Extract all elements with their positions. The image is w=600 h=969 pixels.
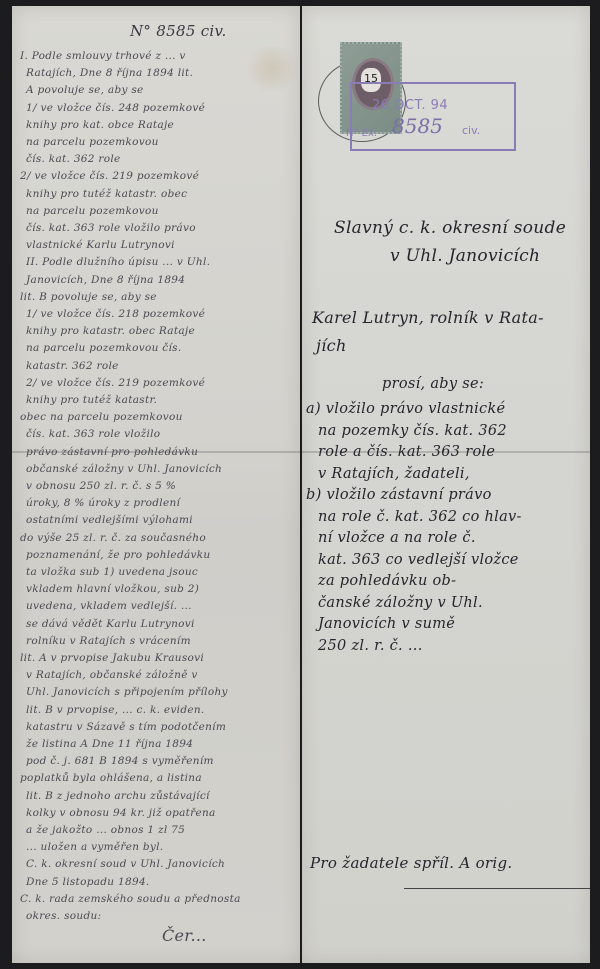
left-text-line: lit. A v prvopise Jakubu Krausovi (20, 652, 204, 664)
left-text-line: občanské záložny v Uhl. Janovicích (26, 463, 222, 475)
left-text-line: rolníku v Ratajích s vrácením (26, 635, 191, 647)
left-text-line: A povoluje se, aby se (26, 84, 144, 96)
request-text-line: Janovicích v sumě (318, 616, 455, 632)
request-text-line: na pozemky čís. kat. 362 (318, 423, 507, 439)
receipt-date: 26 OCT. 94 (372, 98, 448, 113)
left-text-line: čís. kat. 363 role vložilo právo (26, 222, 196, 234)
left-text-line: lit. B z jednoho archu zůstávající (26, 790, 210, 802)
left-text-line: čís. kat. 363 role vložilo (26, 428, 160, 440)
left-text-line: úroky, 8 % úroky z prodlení (26, 497, 180, 509)
left-text-line: I. Podle smlouvy trhové z ... v (20, 50, 186, 62)
left-text-line: pod č. j. 681 B 1894 s vyměřením (26, 755, 214, 767)
left-text-line: Uhl. Janovicích s připojením přílohy (26, 686, 228, 698)
left-text-line: obec na parcelu pozemkovou (20, 411, 183, 423)
left-text-line: Ratajích, Dne 8 října 1894 lit. (26, 67, 193, 79)
left-text-line: kolky v obnosu 94 kr. již opatřena (26, 807, 216, 819)
request-text-line: v Ratajích, žadateli, (318, 466, 470, 482)
addressee-line-2: v Uhl. Janovicích (390, 246, 540, 266)
request-heading: prosí, aby se: (382, 376, 484, 392)
left-text-line: knihy pro tutéž katastr. obec (26, 188, 187, 200)
left-text-line: na parcelu pozemkovou (26, 136, 159, 148)
closing-underline (404, 888, 590, 889)
request-text-line: ní vložce a na role č. (318, 530, 476, 546)
left-text-line: lit. B v prvopise, ... c. k. eviden. (26, 704, 205, 716)
left-text-line: C. k. rada zemského soudu a přednosta (20, 893, 241, 905)
left-text-line: že listina A Dne 11 října 1894 (26, 738, 193, 750)
left-text-line: na parcelu pozemkovou čís. (26, 342, 181, 354)
left-text-line: v Ratajích, občanské záložně v (26, 669, 198, 681)
left-text-line: právo zástavní pro pohledávku (26, 446, 198, 458)
signature: Čer... (162, 926, 207, 945)
left-text-line: ... uložen a vyměřen byl. (26, 841, 163, 853)
left-text-line: knihy pro tutéž katastr. (26, 394, 157, 406)
left-text-line: poznamenání, že pro pohledávku (26, 549, 211, 561)
receipt-number: 8585 (392, 114, 443, 138)
stain (242, 46, 302, 91)
left-text-line: čís. kat. 362 role (26, 153, 121, 165)
left-text-line: vkladem hlavní vložkou, sub 2) (26, 583, 199, 595)
receipt-stamp: 26 OCT. 94 N° Ex. 8585 civ. (350, 82, 516, 151)
left-text-line: knihy pro kat. obce Rataje (26, 119, 174, 131)
petitioner-line-2: jích (316, 336, 347, 355)
left-text-line: 2/ ve vložce čís. 219 pozemkové (26, 377, 205, 389)
left-text-line: katastru v Sázavě s tím podotčením (26, 721, 226, 733)
receipt-prefix: N° Ex. (346, 128, 377, 139)
left-text-line: 2/ ve vložce čís. 219 pozemkové (20, 170, 199, 182)
left-text-line: knihy pro katastr. obec Rataje (26, 325, 195, 337)
request-text-line: 250 zl. r. č. ... (318, 638, 423, 654)
left-text-line: uvedena, vkladem vedlejší. ... (26, 600, 192, 612)
left-text-line: na parcelu pozemkovou (26, 205, 159, 217)
request-text-line: a) vložilo právo vlastnické (306, 401, 505, 417)
left-text-line: 1/ ve vložce čís. 248 pozemkové (26, 102, 205, 114)
request-text-line: čanské záložny v Uhl. (318, 595, 483, 611)
left-text-line: a že jakožto ... obnos 1 zl 75 (26, 824, 185, 836)
left-text-line: ostatními vedlejšími výlohami (26, 514, 193, 526)
closing-line: Pro žadatele spříl. A orig. (310, 854, 512, 872)
left-text-line: vlastnické Karlu Lutrynovi (26, 239, 175, 251)
left-text-line: 1/ ve vložce čís. 218 pozemkové (26, 308, 205, 320)
left-text-line: katastr. 362 role (26, 360, 119, 372)
case-number: N° 8585 civ. (130, 22, 227, 40)
left-text-line: poplatků byla ohlášena, a listina (20, 772, 202, 784)
left-text-line: do výše 25 zl. r. č. za současného (20, 532, 206, 544)
left-text-line: lit. B povoluje se, aby se (20, 291, 157, 303)
left-text-line: II. Podle dlužního úpisu ... v Uhl. (26, 256, 210, 268)
request-text-line: na role č. kat. 362 co hlav- (318, 509, 522, 525)
left-text-line: okres. soudu: (26, 910, 101, 922)
left-page: N° 8585 civ. I. Podle smlouvy trhové z .… (12, 6, 300, 963)
left-text-line: C. k. okresní soud v Uhl. Janovicích (26, 858, 225, 870)
left-text-line: se dává vědět Karlu Lutrynovi (26, 618, 195, 630)
addressee-line-1: Slavný c. k. okresní soude (334, 218, 566, 238)
request-text-line: role a čís. kat. 363 role (318, 444, 495, 460)
left-text-line: ta vložka sub 1) uvedena jsouc (26, 566, 198, 578)
receipt-suffix: civ. (462, 124, 480, 137)
request-text-line: b) vložilo zástavní právo (306, 487, 492, 503)
request-text-line: za pohledávku ob- (318, 573, 456, 589)
left-text-line: v obnosu 250 zl. r. č. s 5 % (26, 480, 176, 492)
request-text-line: kat. 363 co vedlejší vložce (318, 552, 519, 568)
left-text-line: Dne 5 listopadu 1894. (26, 876, 150, 888)
petitioner-line-1: Karel Lutryn, rolník v Rata- (312, 308, 544, 327)
left-text-line: Janovicích, Dne 8 října 1894 (26, 274, 185, 286)
